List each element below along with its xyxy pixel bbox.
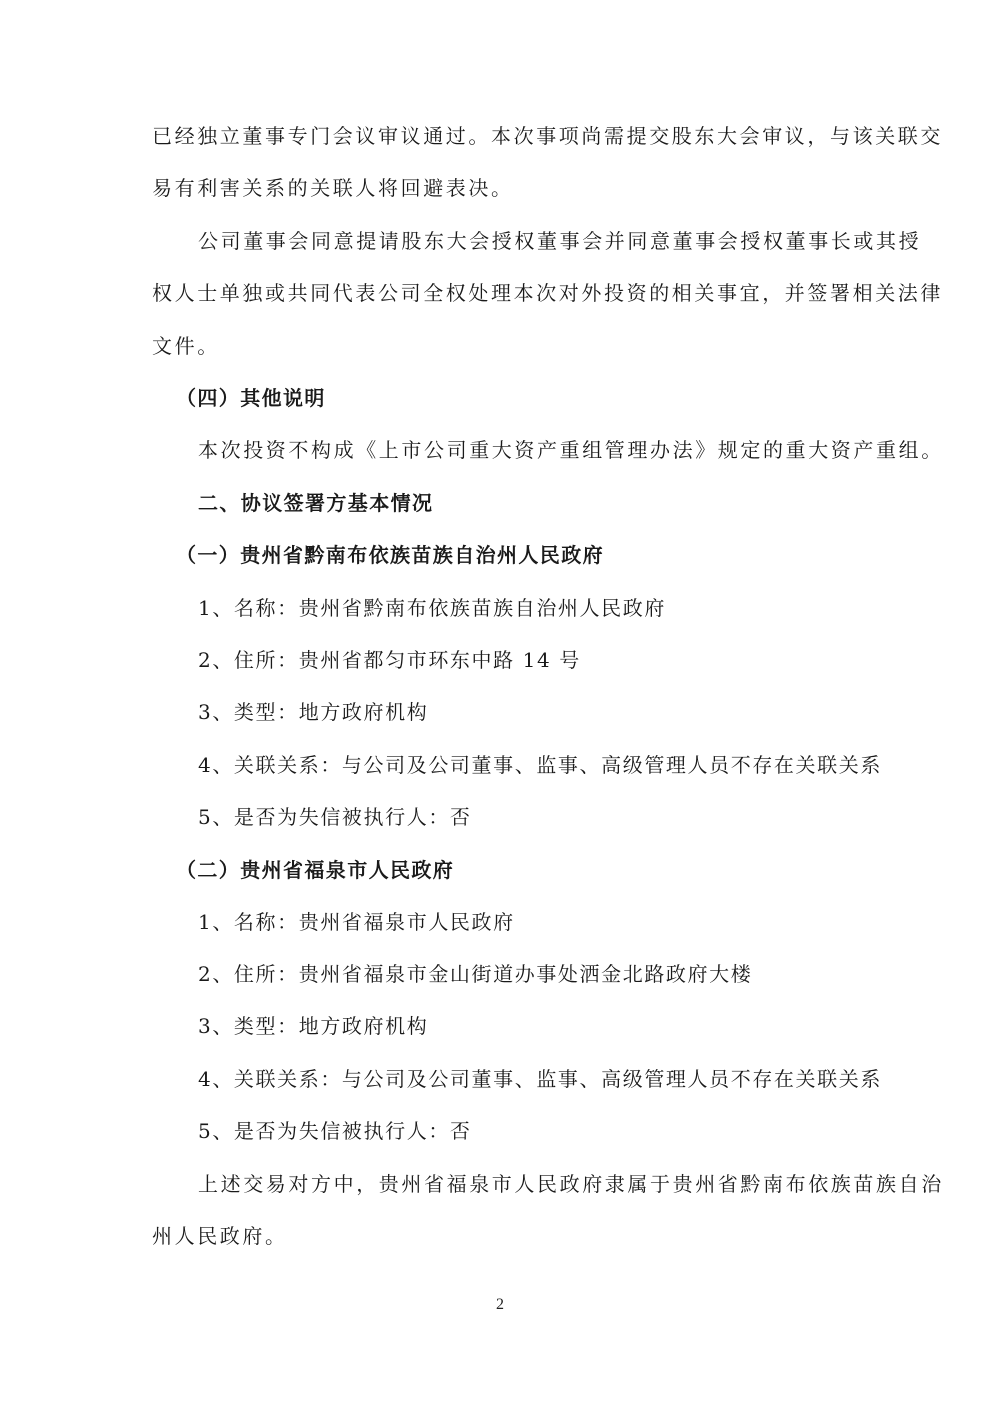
list-item: 1、名称：贵州省黔南布依族苗族自治州人民政府 xyxy=(198,594,666,622)
list-item: 3、类型：地方政府机构 xyxy=(198,698,428,726)
page-number: 2 xyxy=(0,1296,1000,1314)
list-item: 4、关联关系：与公司及公司董事、监事、高级管理人员不存在关联关系 xyxy=(198,751,882,779)
paragraph-text: 文件。 xyxy=(152,332,220,360)
list-item: 2、住所：贵州省福泉市金山街道办事处洒金北路政府大楼 xyxy=(198,960,752,988)
party-heading: （二）贵州省福泉市人民政府 xyxy=(176,856,454,884)
list-item: 3、类型：地方政府机构 xyxy=(198,1012,428,1040)
paragraph-text: 本次投资不构成《上市公司重大资产重组管理办法》规定的重大资产重组。 xyxy=(198,436,944,464)
section-heading: 二、协议签署方基本情况 xyxy=(198,489,433,517)
paragraph-text: 公司董事会同意提请股东大会授权董事会并同意董事会授权董事长或其授 xyxy=(198,227,921,255)
list-item: 1、名称：贵州省福泉市人民政府 xyxy=(198,908,515,936)
list-item: 5、是否为失信被执行人：否 xyxy=(198,1117,472,1145)
list-item: 2、住所：贵州省都匀市环东中路 14 号 xyxy=(198,646,581,674)
party-heading: （一）贵州省黔南布依族苗族自治州人民政府 xyxy=(176,541,604,569)
paragraph-text: 已经独立董事专门会议审议通过。本次事项尚需提交股东大会审议，与该关联交 xyxy=(152,122,943,150)
list-item: 5、是否为失信被执行人：否 xyxy=(198,803,472,831)
section-heading: （四）其他说明 xyxy=(176,384,326,412)
paragraph-text: 州人民政府。 xyxy=(152,1222,288,1250)
paragraph-text: 权人士单独或共同代表公司全权处理本次对外投资的相关事宜，并签署相关法律 xyxy=(152,279,943,307)
paragraph-text: 易有利害关系的关联人将回避表决。 xyxy=(152,174,514,202)
list-item: 4、关联关系：与公司及公司董事、监事、高级管理人员不存在关联关系 xyxy=(198,1065,882,1093)
paragraph-text: 上述交易对方中，贵州省福泉市人民政府隶属于贵州省黔南布依族苗族自治 xyxy=(198,1170,944,1198)
